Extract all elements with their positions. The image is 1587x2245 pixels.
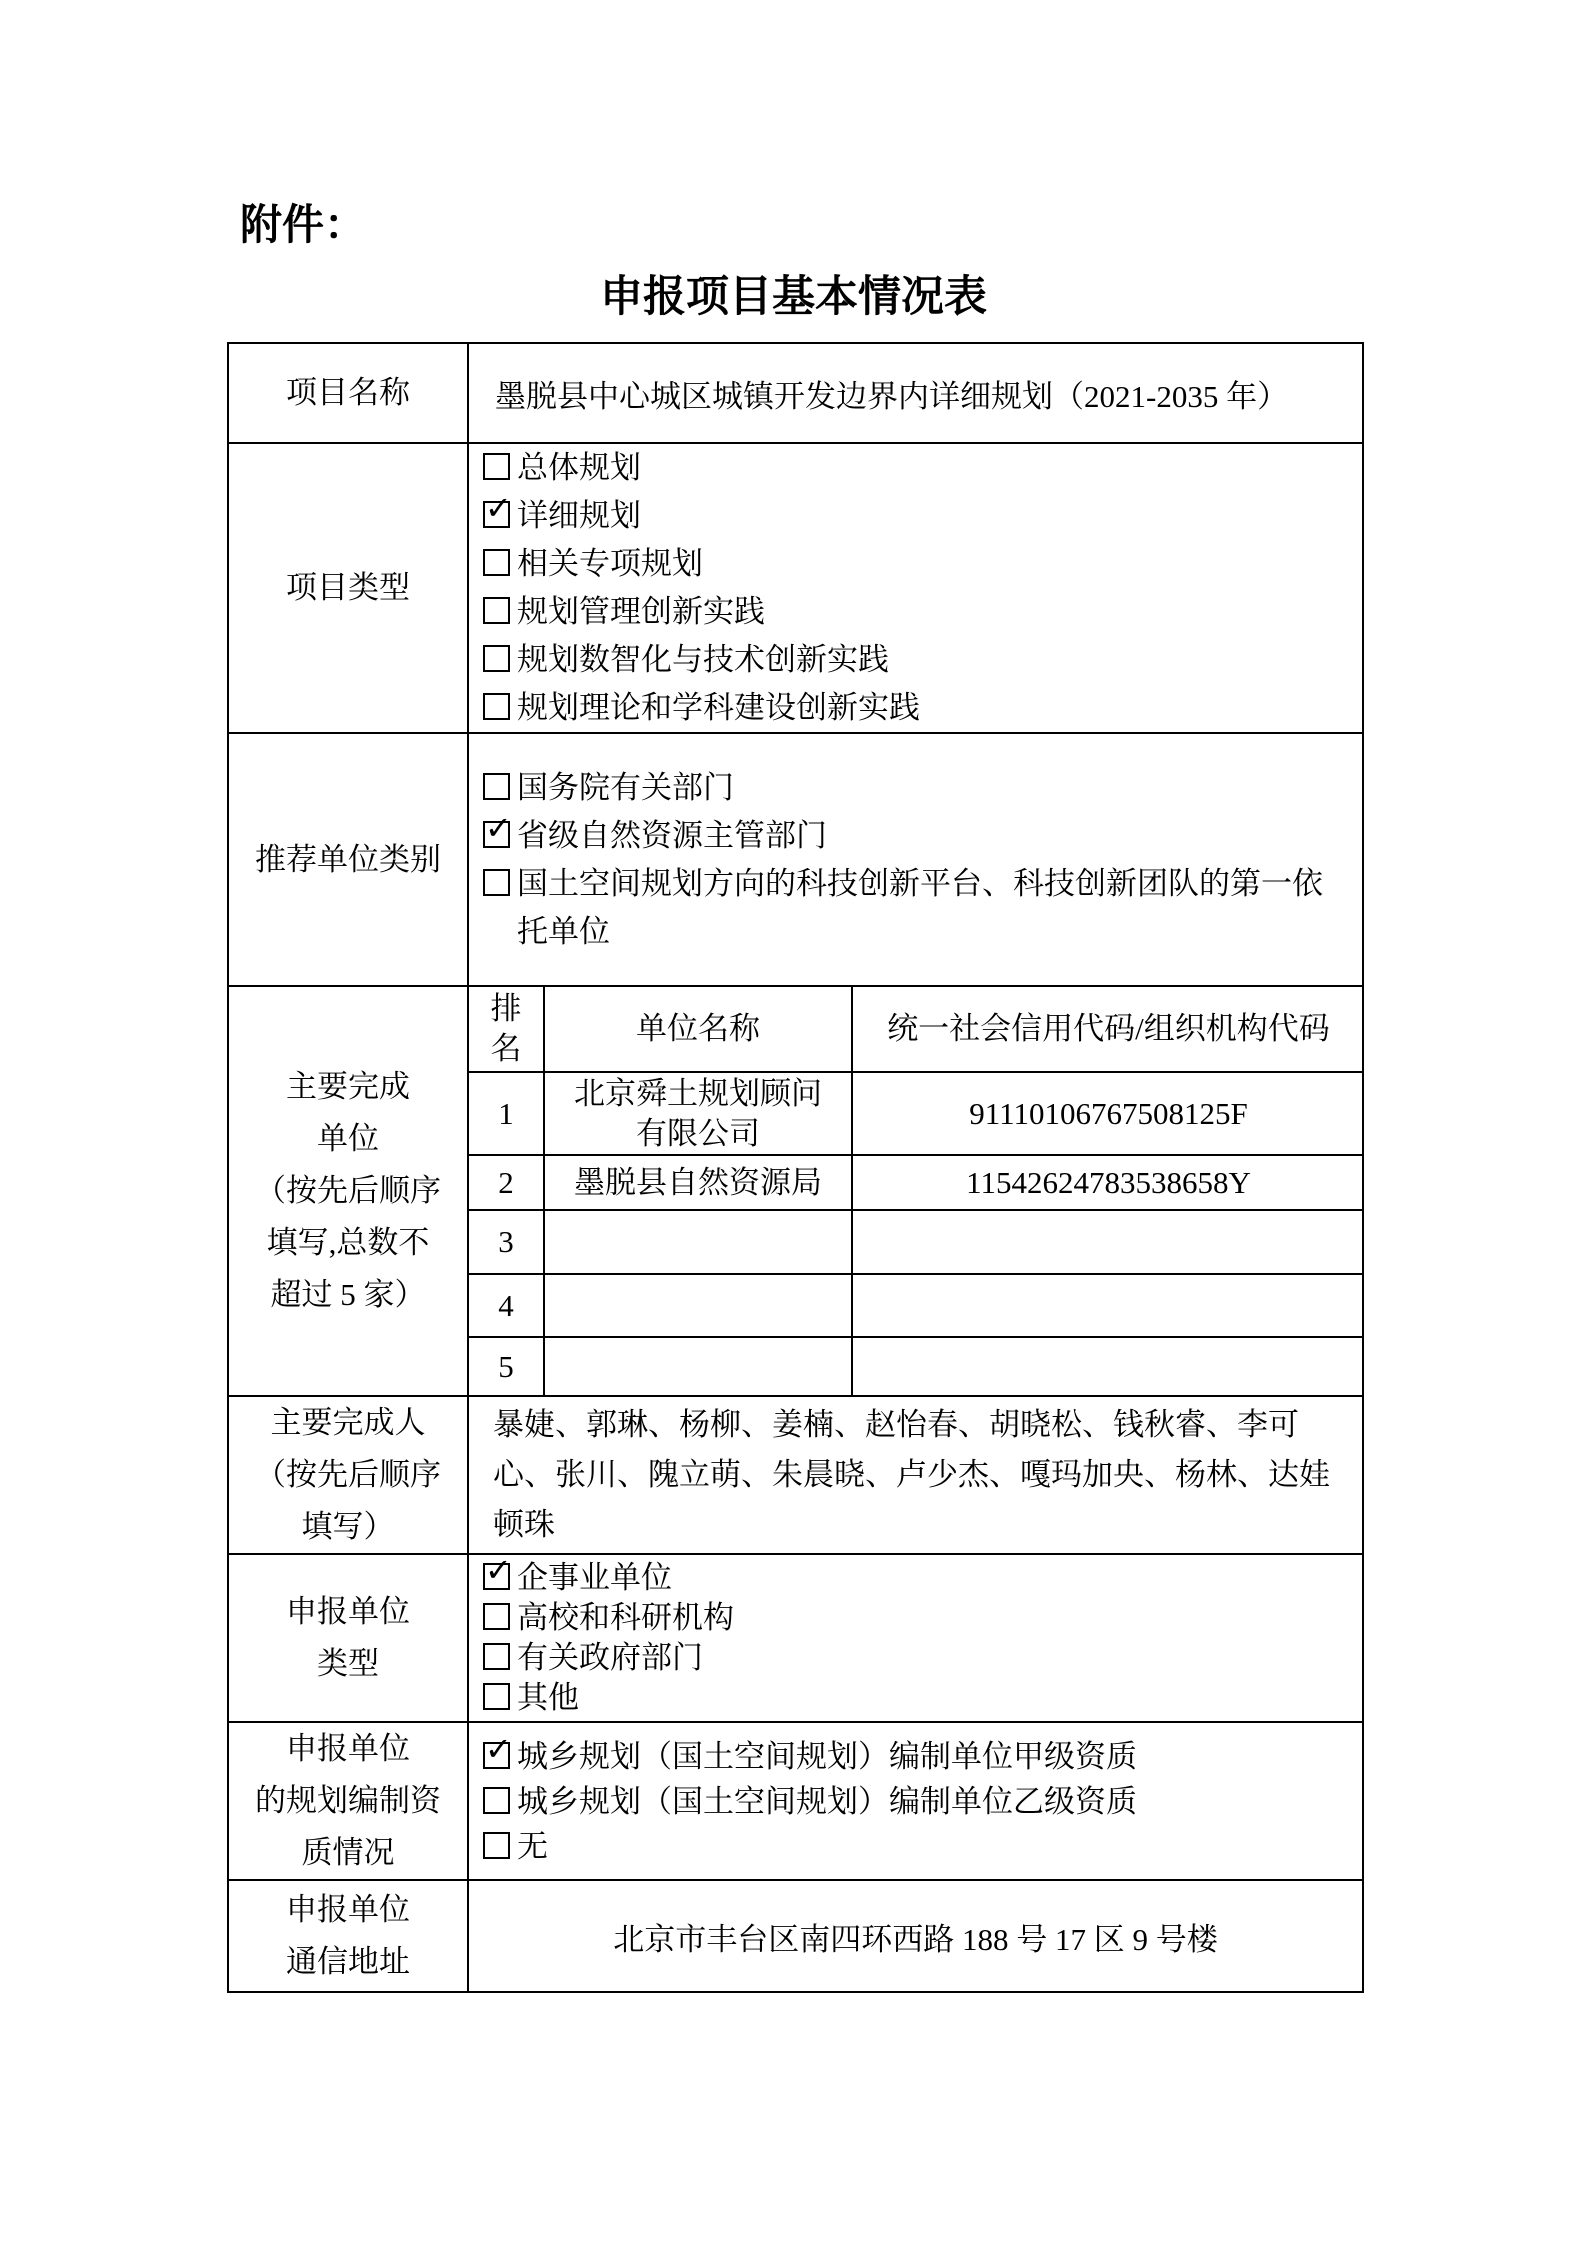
recommender-category-label: 推荐单位类别 — [228, 733, 468, 986]
checkbox-option: 规划管理创新实践 — [483, 588, 1348, 636]
row-recommender-category: 推荐单位类别 国务院有关部门 省级自然资源主管部门 国土 — [228, 733, 1363, 986]
applicant-type-options: 企事业单位 高校和科研机构 有关政府部门 其他 — [469, 1558, 1362, 1718]
checkbox-option: 规划数智化与技术创新实践 — [483, 636, 1348, 684]
checkbox-option: 省级自然资源主管部门 — [483, 812, 1348, 860]
checkbox-icon[interactable] — [483, 549, 510, 576]
unit-rank: 3 — [469, 1210, 544, 1274]
checkbox-icon[interactable] — [483, 1787, 510, 1814]
checkbox-icon[interactable] — [483, 597, 510, 624]
unit-name — [544, 1274, 852, 1337]
checkbox-option: 高校和科研机构 — [483, 1598, 1348, 1638]
checkbox-label: 详细规划 — [517, 492, 641, 540]
row-main-completers: 主要完成人 （按先后顺序 填写） 暴婕、郭琳、杨柳、姜楠、赵怡春、胡晓松、钱秋睿… — [228, 1396, 1363, 1554]
checkbox-option: 企事业单位 — [483, 1558, 1348, 1598]
checkbox-option: 详细规划 — [483, 492, 1348, 540]
units-header-row: 排 名 单位名称 统一社会信用代码/组织机构代码 — [469, 987, 1364, 1072]
row-project-name: 项目名称 墨脱县中心城区城镇开发边界内详细规划（2021-2035 年） — [228, 343, 1363, 443]
main-completers-label: 主要完成人 （按先后顺序 填写） — [228, 1396, 468, 1554]
checkbox-option: 相关专项规划 — [483, 540, 1348, 588]
checkbox-label: 无 — [517, 1824, 548, 1869]
unit-name — [544, 1337, 852, 1395]
unit-code: 91110106767508125F — [852, 1072, 1364, 1155]
checkbox-icon[interactable] — [483, 693, 510, 720]
address-label: 申报单位 通信地址 — [228, 1880, 468, 1992]
checkbox-icon[interactable] — [483, 1832, 510, 1859]
unit-row: 4 — [469, 1274, 1364, 1337]
unit-code — [852, 1210, 1364, 1274]
unit-code: 11542624783538658Y — [852, 1155, 1364, 1210]
units-header-rank: 排 名 — [469, 987, 544, 1072]
unit-name — [544, 1210, 852, 1274]
recommender-category-options: 国务院有关部门 省级自然资源主管部门 国土空间规划方向的科技创新平台、科技创新团… — [469, 764, 1362, 956]
units-table: 排 名 单位名称 统一社会信用代码/组织机构代码 1 北京舜土规划顾问 有限公司… — [469, 987, 1364, 1395]
unit-name: 墨脱县自然资源局 — [544, 1155, 852, 1210]
checkbox-label: 规划数智化与技术创新实践 — [517, 636, 889, 684]
unit-row: 1 北京舜土规划顾问 有限公司 91110106767508125F — [469, 1072, 1364, 1155]
checkbox-option: 国务院有关部门 — [483, 764, 1348, 812]
row-qualification: 申报单位 的规划编制资 质情况 城乡规划（国土空间规划）编制单位甲级资质 城乡规… — [228, 1722, 1363, 1880]
checkbox-label: 高校和科研机构 — [517, 1598, 734, 1638]
unit-rank: 2 — [469, 1155, 544, 1210]
checkbox-option: 城乡规划（国土空间规划）编制单位甲级资质 — [483, 1734, 1348, 1779]
unit-rank: 5 — [469, 1337, 544, 1395]
checkbox-icon[interactable] — [483, 773, 510, 800]
unit-code — [852, 1337, 1364, 1395]
attachment-label: 附件： — [240, 200, 366, 250]
checkbox-label: 规划理论和学科建设创新实践 — [517, 684, 920, 732]
checkbox-icon[interactable] — [483, 645, 510, 672]
checkbox-label: 其他 — [517, 1678, 579, 1718]
checkbox-label: 城乡规划（国土空间规划）编制单位甲级资质 — [517, 1734, 1137, 1779]
checkbox-option: 国土空间规划方向的科技创新平台、科技创新团队的第一依托单位 — [483, 860, 1348, 956]
application-form-table: 项目名称 墨脱县中心城区城镇开发边界内详细规划（2021-2035 年） 项目类… — [227, 342, 1364, 1993]
checkbox-label: 规划管理创新实践 — [517, 588, 765, 636]
main-completers-value: 暴婕、郭琳、杨柳、姜楠、赵怡春、胡晓松、钱秋睿、李可心、张川、隗立萌、朱晨晓、卢… — [468, 1396, 1363, 1554]
unit-row: 2 墨脱县自然资源局 11542624783538658Y — [469, 1155, 1364, 1210]
qualification-label: 申报单位 的规划编制资 质情况 — [228, 1722, 468, 1880]
checkbox-option: 有关政府部门 — [483, 1638, 1348, 1678]
checkbox-icon[interactable] — [483, 453, 510, 480]
checkbox-label: 有关政府部门 — [517, 1638, 703, 1678]
unit-rank: 1 — [469, 1072, 544, 1155]
checkbox-label: 相关专项规划 — [517, 540, 703, 588]
checkbox-icon[interactable] — [483, 1742, 510, 1769]
checkbox-icon[interactable] — [483, 821, 510, 848]
checkbox-label: 企事业单位 — [517, 1558, 672, 1598]
row-address: 申报单位 通信地址 北京市丰台区南四环西路 188 号 17 区 9 号楼 — [228, 1880, 1363, 1992]
checkbox-option: 无 — [483, 1824, 1348, 1869]
checkbox-option: 总体规划 — [483, 444, 1348, 492]
checkbox-label: 总体规划 — [517, 444, 641, 492]
unit-name: 北京舜土规划顾问 有限公司 — [544, 1072, 852, 1155]
row-main-units: 主要完成 单位 （按先后顺序 填写,总数不 超过 5 家） 排 名 单位名称 统… — [228, 986, 1363, 1396]
project-name-value: 墨脱县中心城区城镇开发边界内详细规划（2021-2035 年） — [468, 343, 1363, 443]
checkbox-icon[interactable] — [483, 1563, 510, 1590]
checkbox-icon[interactable] — [483, 1643, 510, 1670]
units-header-name: 单位名称 — [544, 987, 852, 1072]
form-title: 申报项目基本情况表 — [0, 272, 1587, 324]
checkbox-label: 省级自然资源主管部门 — [517, 812, 827, 860]
applicant-type-label: 申报单位 类型 — [228, 1554, 468, 1722]
checkbox-label: 国土空间规划方向的科技创新平台、科技创新团队的第一依托单位 — [517, 860, 1348, 956]
checkbox-label: 国务院有关部门 — [517, 764, 734, 812]
checkbox-icon[interactable] — [483, 501, 510, 528]
project-type-options: 总体规划 详细规划 相关专项规划 规划管理创新实践 — [469, 444, 1362, 732]
address-value: 北京市丰台区南四环西路 188 号 17 区 9 号楼 — [468, 1880, 1363, 1992]
unit-code — [852, 1274, 1364, 1337]
checkbox-icon[interactable] — [483, 1603, 510, 1630]
checkbox-option: 城乡规划（国土空间规划）编制单位乙级资质 — [483, 1779, 1348, 1824]
checkbox-option: 规划理论和学科建设创新实践 — [483, 684, 1348, 732]
qualification-options: 城乡规划（国土空间规划）编制单位甲级资质 城乡规划（国土空间规划）编制单位乙级资… — [469, 1734, 1362, 1869]
document-page: 附件： 申报项目基本情况表 项目名称 墨脱县中心城区城镇开发边界内详细规划（20… — [0, 0, 1587, 2245]
main-units-label: 主要完成 单位 （按先后顺序 填写,总数不 超过 5 家） — [228, 986, 468, 1396]
unit-row: 5 — [469, 1337, 1364, 1395]
checkbox-icon[interactable] — [483, 1683, 510, 1710]
row-applicant-type: 申报单位 类型 企事业单位 高校和科研机构 有关政府部门 — [228, 1554, 1363, 1722]
unit-row: 3 — [469, 1210, 1364, 1274]
checkbox-label: 城乡规划（国土空间规划）编制单位乙级资质 — [517, 1779, 1137, 1824]
project-type-label: 项目类型 — [228, 443, 468, 733]
project-name-label: 项目名称 — [228, 343, 468, 443]
unit-rank: 4 — [469, 1274, 544, 1337]
checkbox-option: 其他 — [483, 1678, 1348, 1718]
units-header-code: 统一社会信用代码/组织机构代码 — [852, 987, 1364, 1072]
checkbox-icon[interactable] — [483, 869, 510, 896]
row-project-type: 项目类型 总体规划 详细规划 相关专项规划 — [228, 443, 1363, 733]
